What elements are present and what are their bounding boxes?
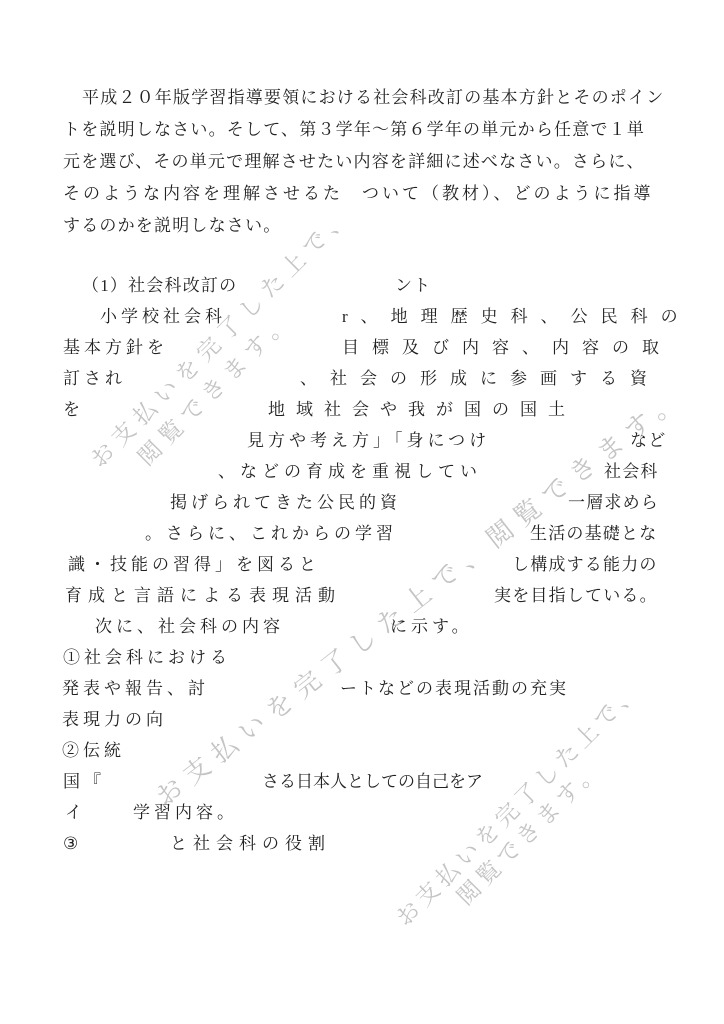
text-segment-line19-1: 発表や報告、討 — [62, 679, 209, 699]
text-segment-line11-2: など — [630, 431, 666, 451]
text-segment-line22-1: 国『 — [63, 772, 105, 792]
text-segment-line7-2: r、地理歴史科、公民科の — [342, 307, 691, 327]
text-segment-line24-2: と社会科の役割 — [170, 834, 331, 854]
text-segment-line13-2: 一層求めら — [568, 493, 659, 513]
text-segment-line13-1: 掲げられてきた公民的資 — [170, 493, 401, 513]
text-segment-line4-1: そのような内容を理解させるた — [63, 184, 343, 204]
text-segment-line12-2: 社会科 — [604, 462, 659, 482]
text-segment-line16-2: 実を目指している。 — [494, 586, 658, 606]
text-segment-line16-1: 育成と言語による表現活動 — [65, 586, 341, 606]
text-segment-line11-1: 見方や考え方」「身につけ — [247, 431, 490, 451]
text-segment-line4-2: ついて（教材）、どのように指導 — [362, 184, 654, 204]
text-segment-line6-2: ント — [395, 276, 431, 296]
text-segment-line10-1: を — [63, 400, 84, 420]
text-segment-line3-1: 元を選び、その単元で理解させたい内容を詳細に述べなさい。さらに、 — [63, 152, 645, 172]
text-segment-line1-1: 平成２０年版学習指導要領における社会科改訂の基本方針とそのポイン — [82, 88, 664, 108]
text-segment-line17-2: に示す。 — [390, 617, 473, 637]
text-segment-line17-1: 次に、社会科の内容 — [95, 617, 284, 637]
text-segment-line9-1: 訂され — [63, 369, 126, 389]
document-page: お支払いを完了した上で、閲覧できます。お支払いを完了した上で、閲覧できます。お支… — [0, 0, 724, 1024]
text-segment-line9-2: 、社会の形成に参画する資 — [300, 369, 660, 389]
text-segment-line2-1: トを説明しなさい。そして、第３学年～第６学年の単元から任意で１単 — [63, 120, 645, 140]
text-segment-line15-2: し構成する能力の — [512, 555, 658, 575]
text-segment-line10-2: 地域社会や我が国の国土 — [268, 400, 576, 420]
text-segment-line7-1: 小学校社会科 — [100, 307, 226, 327]
text-segment-line23-2: 学習内容。 — [133, 803, 238, 823]
text-segment-line8-2: 目標及び内容、内容の取 — [342, 338, 672, 358]
document-text-layer: 平成２０年版学習指導要領における社会科改訂の基本方針とそのポイントを説明しなさい… — [0, 0, 724, 1024]
text-segment-line22-2: さる日本人としての自己をア — [262, 772, 483, 792]
text-segment-line14-1: 。さらに、これからの学習 — [145, 524, 397, 544]
text-segment-line18-1: ①社会科における — [63, 648, 231, 668]
text-segment-line8-1: 基本方針を — [63, 338, 168, 358]
text-segment-line12-1: 、などの育成を重視してい — [218, 462, 482, 482]
text-segment-line20-1: 表現力の向 — [62, 710, 167, 730]
text-segment-line21-1: ②伝統 — [62, 741, 125, 761]
text-segment-line24-1: ③ — [63, 834, 82, 854]
text-segment-line19-2: ートなどの表現活動の充実 — [340, 679, 568, 699]
text-segment-line5-1: するのかを説明しなさい。 — [63, 216, 281, 236]
text-segment-line23-1: イ — [65, 803, 86, 823]
text-segment-line6-1: （1）社会科改訂の — [82, 276, 237, 296]
text-segment-line15-1: 識・技能の習得」を図ると — [68, 555, 320, 575]
text-segment-line14-2: 生活の基礎とな — [530, 524, 657, 544]
